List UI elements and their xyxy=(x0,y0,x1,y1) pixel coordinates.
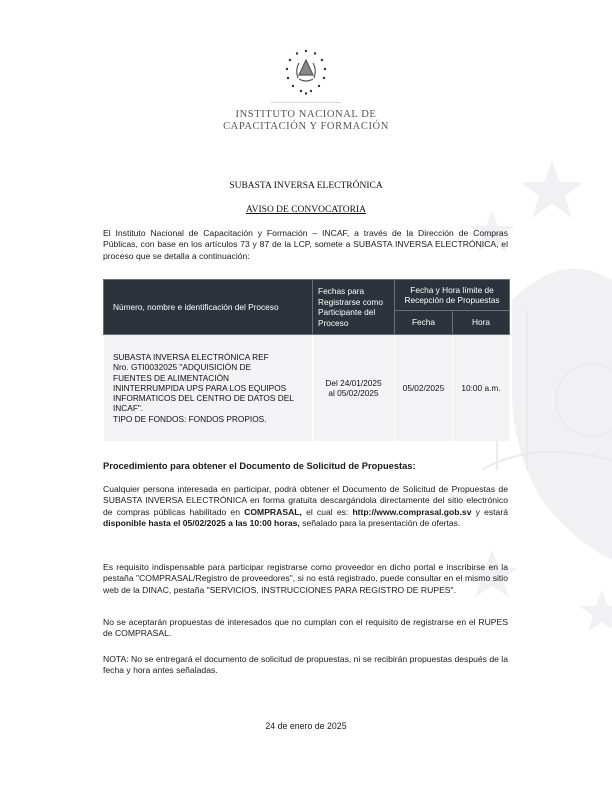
intro-paragraph: El Instituto Nacional de Capacitación y … xyxy=(103,228,508,262)
cell-time: 10:00 a.m. xyxy=(453,335,510,442)
availability-deadline: disponible hasta el 05/02/2025 a las 10:… xyxy=(103,518,300,528)
process-table: Número, nombre e identificación del Proc… xyxy=(103,279,510,441)
cell-registration: Del 24/01/2025 al 05/02/2025 xyxy=(313,335,395,442)
registration-end: al 05/02/2025 xyxy=(318,388,389,398)
process-line: ININTERRUMPIDA UPS PARA LOS EQUIPOS xyxy=(113,383,307,393)
document-title: SUBASTA INVERSA ELECTRÓNICA xyxy=(0,181,612,191)
process-line: INCAF". xyxy=(113,403,307,413)
institution-name-line2: CAPACITACIÓN Y FORMACIÓN xyxy=(0,121,612,133)
comprasal-url-link[interactable]: http://www.comprasal.gob.sv xyxy=(352,507,471,517)
procedure-paragraph-1: Cualquier persona interesada en particip… xyxy=(103,484,508,529)
institution-logo: INSTITUTO NACIONAL DE CAPACITACIÓN Y FOR… xyxy=(0,48,612,133)
procedure-heading: Procedimiento para obtener el Documento … xyxy=(103,461,508,472)
process-line: SUBASTA INVERSA ELECTRÓNICA REF xyxy=(113,352,307,362)
procedure-paragraph-3: No se aceptarán propuestas de interesado… xyxy=(103,617,508,640)
header-registration: Fechas para Registrarse como Participant… xyxy=(313,280,395,335)
p1-text: y estará xyxy=(472,507,508,517)
process-line: INFORMATICOS DEL CENTRO DE DATOS DEL xyxy=(113,393,307,403)
document-date: 24 de enero de 2025 xyxy=(0,721,612,731)
p1-text: señalado para la presentación de ofertas… xyxy=(300,518,461,528)
header-date: Fecha xyxy=(395,311,453,335)
header-deadline-group: Fecha y Hora límite de Recepción de Prop… xyxy=(395,280,510,311)
process-line: TIPO DE FONDOS: FONDOS PROPIOS. xyxy=(113,414,307,424)
institution-name-line1: INSTITUTO NACIONAL DE xyxy=(0,109,612,121)
process-line: Nro. GTI0032025 "ADQUISICIÓN DE xyxy=(113,362,307,372)
header-time: Hora xyxy=(453,311,510,335)
logo-divider xyxy=(271,102,341,103)
registration-start: Del 24/01/2025 xyxy=(318,378,389,388)
procedure-note: NOTA: No se entregará el documento de so… xyxy=(103,654,508,677)
document-subtitle: AVISO DE CONVOCATORIA xyxy=(0,205,612,215)
process-line: FUENTES DE ALIMENTACIÓN xyxy=(113,373,307,383)
p1-text: el cual es: xyxy=(302,507,353,517)
header-process: Número, nombre e identificación del Proc… xyxy=(104,280,313,335)
comprasal-label: COMPRASAL, xyxy=(244,507,302,517)
cell-date: 05/02/2025 xyxy=(395,335,453,442)
table-row: SUBASTA INVERSA ELECTRÓNICA REF Nro. GTI… xyxy=(104,335,510,442)
cell-process: SUBASTA INVERSA ELECTRÓNICA REF Nro. GTI… xyxy=(104,335,313,442)
procedure-paragraph-2: Es requisito indispensable para particip… xyxy=(103,562,508,596)
el-salvador-coat-of-arms-icon xyxy=(282,48,330,96)
